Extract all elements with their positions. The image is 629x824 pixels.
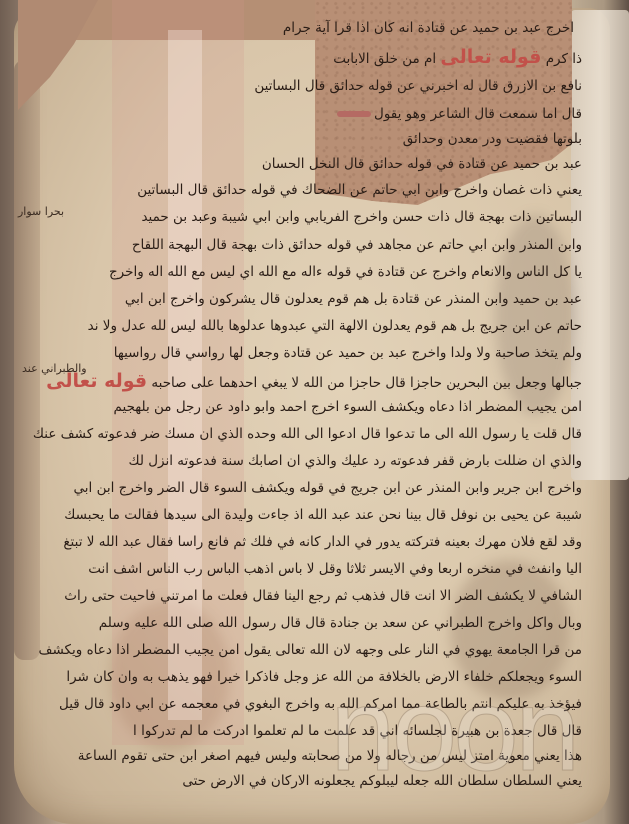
text-line: ولم يتخذ صاحبة ولا ولدا واخرج عبد بن حمي… [114,345,582,361]
text-line: حاتم عن ابن جريج بل هم قوم يعدلون الالهة… [88,318,582,334]
text-line: شيبة عن يحيى بن نوفل قال بينا نحن عند عب… [64,507,582,523]
margin-note: والطبراني عند [22,362,87,375]
text-fragment: قال اما سمعت قال الشاعر وهو يقول [374,106,582,122]
text-line: وبال واكل واخرج الطبراني عن سعد بن جنادة… [99,615,582,631]
text-line: نافع بن الازرق قال له اخبرني عن قوله حدا… [254,78,582,94]
text-line: اليا وانفث في منخره اربعا وفي الايسر ثلا… [88,561,582,577]
text-line: عبد بن حميد وابن المنذر عن قتادة بل هم ق… [125,291,582,307]
text-line: عبد بن حميد عن قتادة في قوله حدائق قال ا… [262,156,582,172]
text-line: من قرا الجامعة يهوي في النار على وجهه لا… [39,642,582,658]
text-line-with-heading: جبالها وجعل بين البحرين حاجزا قال حاجزا … [46,370,582,392]
text-line: البساتين ذات بهجة قال ذات حسن واخرج الفر… [141,209,582,225]
text-line: والذي ان ضللت بارض قفر فدعوته رد عليك وا… [128,453,582,469]
text-line: بلوتها فقضيت ودر معدن وحدائق [403,131,582,147]
watermark-noon-text: noon [330,700,577,770]
text-line-with-heading: ذا كرم قوله تعالى ام من خلق الابابت [333,46,582,68]
margin-note: بحرا سوار [18,205,64,218]
rubric-overline-mark [337,111,371,117]
text-line: وابن المنذر وابن ابي حاتم عن مجاهد في قو… [132,237,582,253]
page-edge-shadow [14,60,40,660]
text-fragment: ام من خلق الابابت [333,51,436,67]
text-line: قال قلت يا رسول الله الى ما تدعوا قال اد… [33,426,582,442]
text-line: امن يجيب المضطر اذا دعاه ويكشف السوء اخر… [114,399,582,415]
text-line: يعني ذات غصان واخرج وابن ابي حاتم عن الض… [137,182,582,198]
text-line: الشافي لا يكشف الضر الا انت قال فذهب ثم … [64,588,582,604]
text-line: واخرج ابن جرير وابن المنذر عن ابن جريج ف… [74,480,582,496]
text-line: وقد لقع فلان مهرك بعينه فتركته يدور في ا… [63,534,582,550]
rubric-heading: قوله تعالى [440,46,541,68]
text-line: اخرج عبد بن حميد عن قتادة انه كان اذا قر… [283,20,574,36]
text-fragment: ذا كرم [546,51,582,67]
text-line: قال اما سمعت قال الشاعر وهو يقول [334,106,582,122]
text-fragment: جبالها وجعل بين البحرين حاجزا قال حاجزا … [151,375,582,391]
text-line: يا كل الناس والانعام واخرج عن قتادة في ق… [109,264,582,280]
